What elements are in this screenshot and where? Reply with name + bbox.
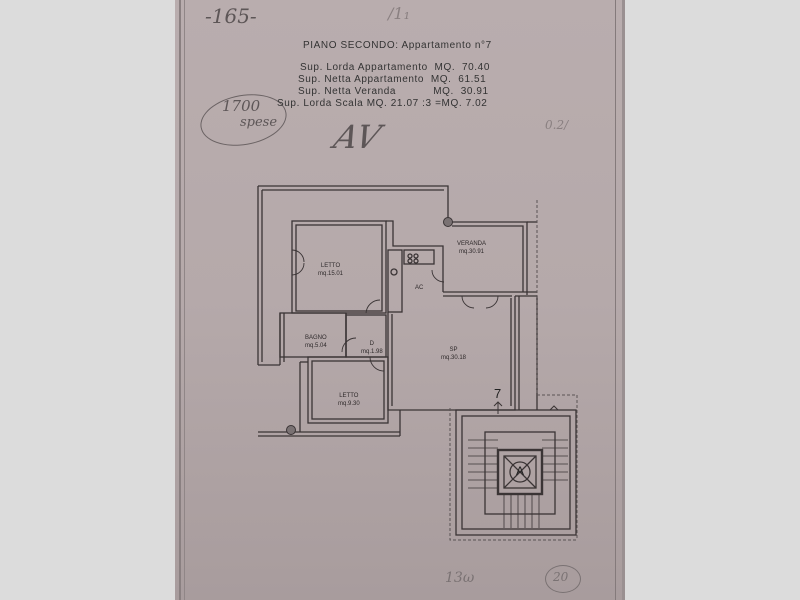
room-name: D xyxy=(361,340,383,348)
room-name: SP xyxy=(441,346,466,354)
room-name: AC xyxy=(415,284,423,292)
room-area: mq.1.98 xyxy=(361,348,383,356)
room-name: VERANDA xyxy=(457,240,486,248)
room-area: mq.30.18 xyxy=(441,354,466,362)
room-disimpegno: D mq.1.98 xyxy=(361,340,383,356)
room-letto-2: LETTO mq.9.30 xyxy=(338,392,360,408)
room-bagno: BAGNO mq.5.04 xyxy=(305,334,327,350)
lift-label: A xyxy=(516,464,524,478)
room-name: LETTO xyxy=(318,262,343,270)
room-area: mq.5.04 xyxy=(305,342,327,350)
room-name: LETTO xyxy=(338,392,360,400)
room-soggiorno: SP mq.30.18 xyxy=(441,346,466,362)
unit-number-label: 7 xyxy=(494,386,501,401)
room-name: BAGNO xyxy=(305,334,327,342)
room-area: mq.30.91 xyxy=(457,248,486,256)
room-area: mq.9.30 xyxy=(338,400,360,408)
room-letto-1: LETTO mq.15.01 xyxy=(318,262,343,278)
room-veranda: VERANDA mq.30.91 xyxy=(457,240,486,256)
room-area: mq.15.01 xyxy=(318,270,343,278)
room-ac: AC xyxy=(415,284,423,292)
floor-plan-drawing xyxy=(0,0,800,600)
